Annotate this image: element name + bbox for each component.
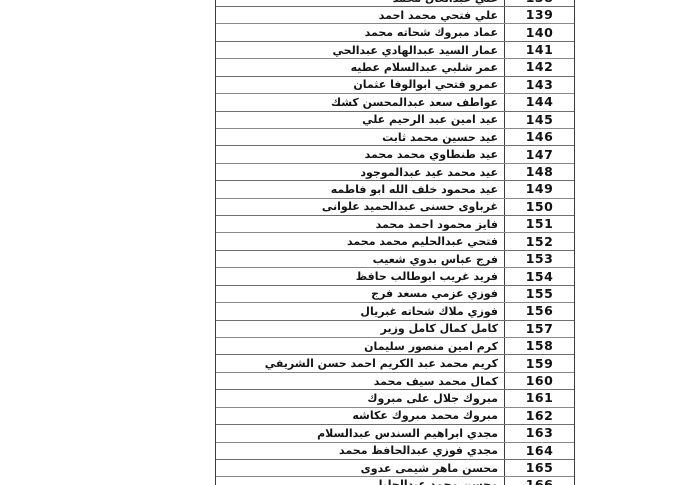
person-name: فوزي ملاك شحاته غبريال [360, 306, 498, 317]
name-cell: عيد طنطاوي محمد محمد [216, 146, 505, 162]
table-row: كرم امين منصور سليمان158 [216, 338, 574, 355]
row-number: 147 [526, 149, 554, 161]
person-name: عماد مبروك شحاته محمد [365, 27, 498, 38]
name-cell: مبروك محمد مبروك عكاشه [216, 408, 505, 424]
table-row: عيد طنطاوي محمد محمد147 [216, 146, 574, 163]
table-row: عيد امين عبد الرحيم علي145 [216, 112, 574, 129]
table-row: مبروك محمد مبروك عكاشه162 [216, 408, 574, 425]
name-cell: فريد غريب ابوطالب حافظ [216, 268, 505, 284]
number-cell: 151 [505, 216, 574, 232]
name-cell: عيد حسين محمد ثابت [216, 129, 505, 145]
name-cell: كريم محمد عبد الكريم احمد حسن الشريفي [216, 355, 505, 371]
table-row: علي عبدالعال محمد138 [216, 0, 574, 7]
table-row: عيد حسين محمد ثابت146 [216, 129, 574, 146]
name-cell: عيد امين عبد الرحيم علي [216, 112, 505, 128]
row-number: 165 [526, 462, 554, 474]
number-cell: 152 [505, 233, 574, 249]
row-number: 143 [526, 79, 554, 91]
person-name: كمال محمد سيف محمد [374, 376, 498, 387]
row-number: 157 [526, 323, 554, 335]
person-name: مجدي ابراهيم السندس عبدالسلام [317, 428, 498, 439]
person-name: محسن ماهر شيمى عدوى [361, 463, 498, 474]
name-cell: عمر شلبي عبدالسلام عطيه [216, 59, 505, 75]
name-cell: عمرو فتحي ابوالوفا عثمان [216, 77, 505, 93]
person-name: كريم محمد عبد الكريم احمد حسن الشريفي [265, 358, 498, 369]
number-cell: 163 [505, 425, 574, 441]
number-cell: 164 [505, 443, 574, 459]
table-row: فريد غريب ابوطالب حافظ154 [216, 268, 574, 285]
number-cell: 154 [505, 268, 574, 284]
row-number: 151 [526, 218, 554, 230]
row-number: 158 [526, 340, 554, 352]
row-number: 148 [526, 166, 554, 178]
table-row: عيد محمد عيد عبدالموجود148 [216, 164, 574, 181]
person-name: كرم امين منصور سليمان [364, 341, 498, 352]
number-cell: 149 [505, 181, 574, 197]
number-cell: 160 [505, 373, 574, 389]
table-row: عمرو فتحي ابوالوفا عثمان143 [216, 77, 574, 94]
row-number: 156 [526, 305, 554, 317]
number-cell: 153 [505, 251, 574, 267]
person-name: مبروك محمد مبروك عكاشه [352, 410, 498, 421]
table-row: علي فتحي محمد احمد139 [216, 7, 574, 24]
person-name: فتحي عبدالحليم محمد محمد [347, 236, 498, 247]
table-row: فوزي ملاك شحاته غبريال156 [216, 303, 574, 320]
name-cell: كمال محمد سيف محمد [216, 373, 505, 389]
person-name: فايز محمود احمد محمد [376, 219, 498, 230]
row-number: 144 [526, 96, 554, 108]
number-cell: 166 [505, 477, 574, 484]
name-cell: محسن ماهر شيمى عدوى [216, 460, 505, 476]
table-row: كريم محمد عبد الكريم احمد حسن الشريفي159 [216, 355, 574, 372]
number-cell: 140 [505, 24, 574, 40]
row-number: 163 [526, 427, 554, 439]
table-row: فتحي عبدالحليم محمد محمد152 [216, 233, 574, 250]
name-cell: عيد محمد عيد عبدالموجود [216, 164, 505, 180]
person-name: عيد طنطاوي محمد محمد [365, 149, 498, 160]
person-name: عمر شلبي عبدالسلام عطيه [351, 62, 498, 73]
row-number: 142 [526, 61, 554, 73]
document-page: علي عبدالعال محمد138علي فتحي محمد احمد13… [0, 0, 674, 485]
number-cell: 148 [505, 164, 574, 180]
row-number: 140 [526, 27, 554, 39]
table-row: عماد مبروك شحاته محمد140 [216, 24, 574, 41]
name-cell: مجدي ابراهيم السندس عبدالسلام [216, 425, 505, 441]
row-number: 166 [526, 479, 554, 484]
table-row: غرباوى حسنى عبدالحميد علوانى150 [216, 199, 574, 216]
table-row: محسن ماهر شيمى عدوى165 [216, 460, 574, 477]
row-number: 160 [526, 375, 554, 387]
number-cell: 147 [505, 146, 574, 162]
row-number: 164 [526, 445, 554, 457]
row-number: 139 [526, 9, 554, 21]
name-cell: كرم امين منصور سليمان [216, 338, 505, 354]
name-cell: فوزي ملاك شحاته غبريال [216, 303, 505, 319]
person-name: كامل كمال كامل وزير [381, 323, 498, 334]
row-number: 138 [526, 0, 554, 4]
number-cell: 157 [505, 321, 574, 337]
name-cell: علي عبدالعال محمد [216, 0, 505, 6]
table-row: كمال محمد سيف محمد160 [216, 373, 574, 390]
row-number: 150 [526, 201, 554, 213]
number-cell: 158 [505, 338, 574, 354]
number-cell: 165 [505, 460, 574, 476]
names-list-table: علي عبدالعال محمد138علي فتحي محمد احمد13… [215, 0, 575, 485]
person-name: فريد غريب ابوطالب حافظ [356, 271, 498, 282]
name-cell: كامل كمال كامل وزير [216, 321, 505, 337]
table-row: فوزي عزمي مسعد فرج155 [216, 286, 574, 303]
name-cell: غرباوى حسنى عبدالحميد علوانى [216, 199, 505, 215]
name-cell: مبروك جلال على مبروك [216, 390, 505, 406]
number-cell: 145 [505, 112, 574, 128]
person-name: عمرو فتحي ابوالوفا عثمان [353, 79, 498, 90]
person-name: عيد محمد عيد عبدالموجود [360, 167, 498, 178]
name-cell: عواطف سعد عبدالمحسن كشك [216, 94, 505, 110]
number-cell: 142 [505, 59, 574, 75]
name-cell: مجدي فوزي عبدالحافظ محمد [216, 443, 505, 459]
row-number: 159 [526, 358, 554, 370]
person-name: فرج عباس بدوي شعيب [373, 254, 498, 265]
row-number: 145 [526, 114, 554, 126]
person-name: محسن محمد عبدالجليل [373, 479, 498, 484]
row-number: 155 [526, 288, 554, 300]
row-number: 153 [526, 253, 554, 265]
person-name: عيد امين عبد الرحيم علي [362, 114, 498, 125]
table-row: عواطف سعد عبدالمحسن كشك144 [216, 94, 574, 111]
number-cell: 146 [505, 129, 574, 145]
table-row: فرج عباس بدوي شعيب153 [216, 251, 574, 268]
number-cell: 159 [505, 355, 574, 371]
table-row: مبروك جلال على مبروك161 [216, 390, 574, 407]
person-name: مبروك جلال على مبروك [367, 393, 498, 404]
name-cell: فرج عباس بدوي شعيب [216, 251, 505, 267]
person-name: عيد حسين محمد ثابت [382, 132, 498, 143]
row-number: 162 [526, 410, 554, 422]
number-cell: 161 [505, 390, 574, 406]
table-row: محسن محمد عبدالجليل166 [216, 477, 574, 484]
number-cell: 162 [505, 408, 574, 424]
name-cell: عيد محمود خلف الله ابو فاطمه [216, 181, 505, 197]
person-name: علي فتحي محمد احمد [379, 10, 498, 21]
table-row: مجدي ابراهيم السندس عبدالسلام163 [216, 425, 574, 442]
number-cell: 144 [505, 94, 574, 110]
table-row: كامل كمال كامل وزير157 [216, 321, 574, 338]
row-number: 152 [526, 236, 554, 248]
table-row: مجدي فوزي عبدالحافظ محمد164 [216, 443, 574, 460]
name-cell: فتحي عبدالحليم محمد محمد [216, 233, 505, 249]
row-number: 154 [526, 271, 554, 283]
name-cell: عماد مبروك شحاته محمد [216, 24, 505, 40]
table-row: عمار السيد عبدالهادي عبدالحي141 [216, 42, 574, 59]
row-number: 146 [526, 131, 554, 143]
row-number: 141 [526, 44, 554, 56]
person-name: عواطف سعد عبدالمحسن كشك [331, 97, 498, 108]
number-cell: 155 [505, 286, 574, 302]
name-cell: علي فتحي محمد احمد [216, 7, 505, 23]
table-row: عمر شلبي عبدالسلام عطيه142 [216, 59, 574, 76]
number-cell: 143 [505, 77, 574, 93]
number-cell: 141 [505, 42, 574, 58]
number-cell: 139 [505, 7, 574, 23]
number-cell: 138 [505, 0, 574, 6]
number-cell: 156 [505, 303, 574, 319]
table-row: فايز محمود احمد محمد151 [216, 216, 574, 233]
row-number: 161 [526, 392, 554, 404]
person-name: فوزي عزمي مسعد فرج [371, 288, 498, 299]
person-name: عمار السيد عبدالهادي عبدالحي [333, 45, 498, 56]
person-name: عيد محمود خلف الله ابو فاطمه [331, 184, 498, 195]
name-cell: عمار السيد عبدالهادي عبدالحي [216, 42, 505, 58]
row-number: 149 [526, 183, 554, 195]
name-cell: فوزي عزمي مسعد فرج [216, 286, 505, 302]
person-name: مجدي فوزي عبدالحافظ محمد [339, 445, 498, 456]
name-cell: محسن محمد عبدالجليل [216, 477, 505, 484]
number-cell: 150 [505, 199, 574, 215]
table-row: عيد محمود خلف الله ابو فاطمه149 [216, 181, 574, 198]
person-name: علي عبدالعال محمد [393, 0, 498, 4]
name-cell: فايز محمود احمد محمد [216, 216, 505, 232]
person-name: غرباوى حسنى عبدالحميد علوانى [322, 201, 498, 212]
